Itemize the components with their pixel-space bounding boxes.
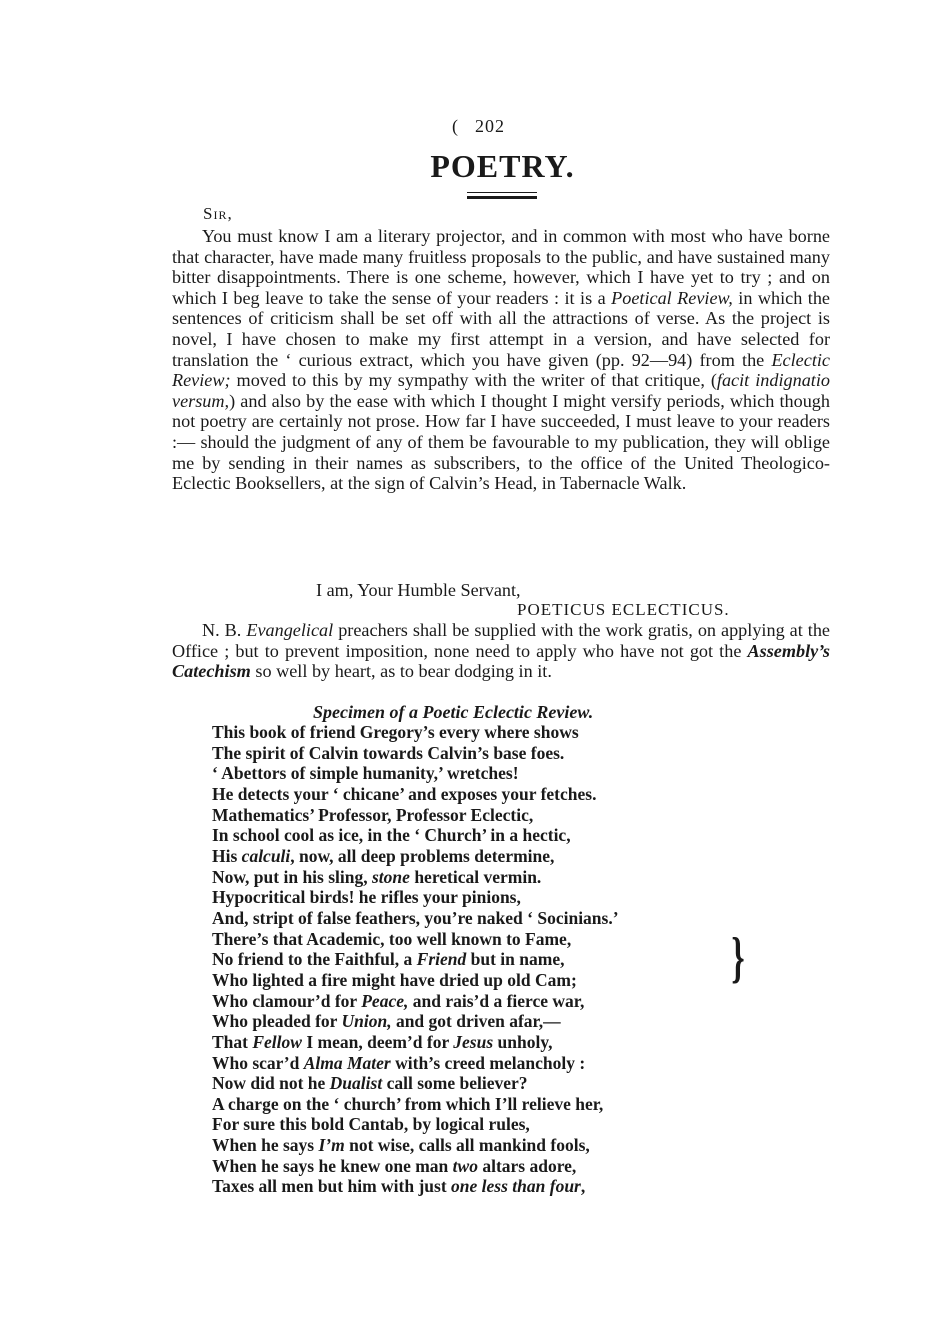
poem-line: And, stript of false feathers, you’re na… <box>212 908 619 929</box>
poem-line: Who clamour’d for Peace, and rais’d a fi… <box>212 991 619 1012</box>
text-run: His <box>212 846 242 866</box>
letter-salutation: Sir, <box>203 204 233 224</box>
italic-run: stone <box>372 867 410 887</box>
text-run: moved to this by my sympathy with the wr… <box>231 370 717 390</box>
italic-run: Poetical Review, <box>611 288 733 308</box>
text-run: No friend to the Faithful, a <box>212 949 417 969</box>
poem-line: Now did not he Dualist call some believe… <box>212 1073 619 1094</box>
text-run: He detects your ‘ chicane’ and exposes y… <box>212 784 596 804</box>
poem-line: ‘ Abettors of simple humanity,’ wretches… <box>212 763 619 784</box>
italic-run: I’m <box>318 1135 344 1155</box>
text-run: but in name, <box>466 949 564 969</box>
text-run: Now, put in his sling, <box>212 867 372 887</box>
text-run: Who scar’d <box>212 1053 304 1073</box>
poem-line: When he says he knew one man two altars … <box>212 1156 619 1177</box>
italic-run: two <box>453 1156 478 1176</box>
poem: This book of friend Gregory’s every wher… <box>212 722 619 1197</box>
text-run: and got driven afar,— <box>392 1011 561 1031</box>
poem-line: Who pleaded for Union, and got driven af… <box>212 1011 619 1032</box>
page-number: (202 <box>452 116 505 137</box>
nota-bene-paragraph: N. B. Evangelical preachers shall be sup… <box>172 620 830 682</box>
poem-line: Who lighted a fire might have dried up o… <box>212 970 619 991</box>
text-run: altars adore, <box>478 1156 576 1176</box>
italic-run: one less than four <box>451 1176 581 1196</box>
text-run: Who clamour’d for <box>212 991 361 1011</box>
text-run: heretical vermin. <box>410 867 541 887</box>
poem-line: In school cool as ice, in the ‘ Church’ … <box>212 825 619 846</box>
italic-run: calculi <box>242 846 291 866</box>
italic-run: Peace, <box>361 991 408 1011</box>
letter-body: You must know I am a literary projector,… <box>172 226 830 494</box>
poem-line: When he says I’m not wise, calls all man… <box>212 1135 619 1156</box>
text-run: N. B. <box>202 620 246 640</box>
poem-line: Mathematics’ Professor, Professor Eclect… <box>212 805 619 826</box>
poem-line: He detects your ‘ chicane’ and exposes y… <box>212 784 619 805</box>
poem-line: That Fellow I mean, deem’d for Jesus unh… <box>212 1032 619 1053</box>
nota-bene: N. B. Evangelical preachers shall be sup… <box>172 620 830 682</box>
poem-line: The spirit of Calvin towards Calvin’s ba… <box>212 743 619 764</box>
text-run: , now, all deep problems determine, <box>290 846 554 866</box>
text-run: not wise, calls all mankind fools, <box>345 1135 590 1155</box>
poem-line: For sure this bold Cantab, by logical ru… <box>212 1114 619 1135</box>
poem-line: There’s that Academic, too well known to… <box>212 929 619 950</box>
text-run: When he says he knew one man <box>212 1156 453 1176</box>
text-run: Who lighted a fire might have dried up o… <box>212 970 577 990</box>
title-rule-thick <box>467 196 537 199</box>
text-run: That <box>212 1032 252 1052</box>
brace-mark: } <box>731 930 744 986</box>
poem-line: This book of friend Gregory’s every wher… <box>212 722 619 743</box>
poem-line: A charge on the ‘ church’ from which I’l… <box>212 1094 619 1115</box>
text-run: I mean, deem’d for <box>302 1032 453 1052</box>
italic-run: Alma Mater <box>304 1053 391 1073</box>
text-run: When he says <box>212 1135 318 1155</box>
text-run: Now did not he <box>212 1073 330 1093</box>
italic-run: Friend <box>417 949 467 969</box>
text-run: This book of friend Gregory’s every wher… <box>212 722 579 742</box>
poem-line: His calculi, now, all deep problems dete… <box>212 846 619 867</box>
text-run: and rais’d a fierce war, <box>408 991 584 1011</box>
poem-line: Taxes all men but him with just one less… <box>212 1176 619 1197</box>
text-run: unholy, <box>493 1032 552 1052</box>
text-run: There’s that Academic, too well known to… <box>212 929 571 949</box>
text-run: Mathematics’ Professor, Professor Eclect… <box>212 805 533 825</box>
italic-run: Union, <box>341 1011 391 1031</box>
text-run: For sure this bold Cantab, by logical ru… <box>212 1114 530 1134</box>
poem-line: Hypocritical birds! he rifles your pinio… <box>212 887 619 908</box>
text-run: Who pleaded for <box>212 1011 341 1031</box>
text-run: call some believer? <box>382 1073 527 1093</box>
section-title: POETRY. <box>0 148 943 185</box>
text-run: Taxes all men but him with just <box>212 1176 451 1196</box>
letter-closing: I am, Your Humble Servant, <box>316 580 521 601</box>
text-run: , <box>581 1176 585 1196</box>
text-run: And, stript of false feathers, you’re na… <box>212 908 619 928</box>
italic-run: Dualist <box>330 1073 383 1093</box>
text-run: ) and also by the ease with which I thou… <box>172 391 830 493</box>
italic-run: Fellow <box>252 1032 302 1052</box>
text-run: with’s creed melancholy : <box>391 1053 585 1073</box>
page-number-value: 202 <box>475 116 505 136</box>
italic-run: Evangelical <box>246 620 333 640</box>
text-run: A charge on the ‘ church’ from which I’l… <box>212 1094 603 1114</box>
text-run: Hypocritical birds! he rifles your pinio… <box>212 887 521 907</box>
letter-paragraph: You must know I am a literary projector,… <box>172 226 830 494</box>
text-run: ‘ Abettors of simple humanity,’ wretches… <box>212 763 519 783</box>
poem-line: No friend to the Faithful, a Friend but … <box>212 949 619 970</box>
letter-signature: POETICUS ECLECTICUS. <box>517 600 730 620</box>
title-rule-thin <box>467 192 537 193</box>
text-run: so well by heart, as to bear dodging in … <box>251 661 552 681</box>
poem-line: Now, put in his sling, stone heretical v… <box>212 867 619 888</box>
italic-run: Jesus <box>453 1032 493 1052</box>
specimen-title: Specimen of a Poetic Eclectic Review. <box>313 702 593 723</box>
page-number-paren: ( <box>452 116 459 136</box>
text-run: In school cool as ice, in the ‘ Church’ … <box>212 825 571 845</box>
text-run: The spirit of Calvin towards Calvin’s ba… <box>212 743 564 763</box>
poem-line: Who scar’d Alma Mater with’s creed melan… <box>212 1053 619 1074</box>
